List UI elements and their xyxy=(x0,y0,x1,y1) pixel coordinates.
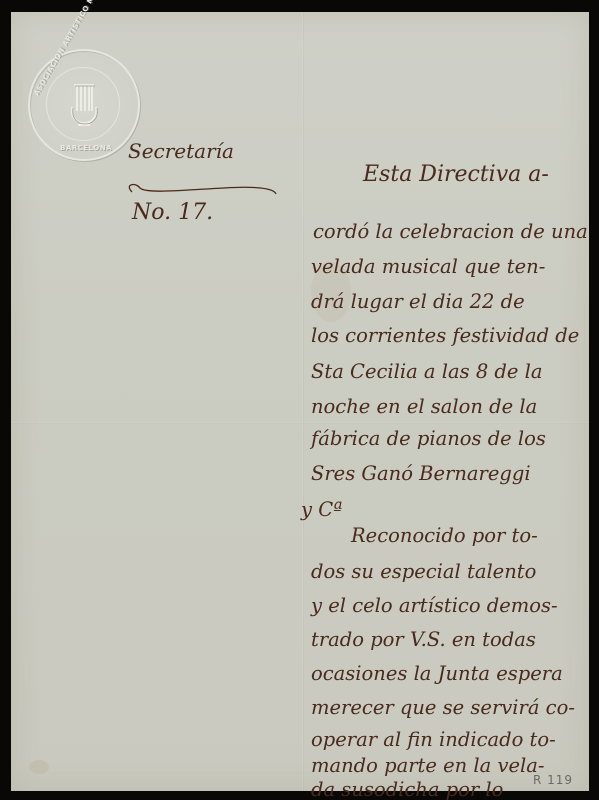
body-line: velada musical que ten- xyxy=(311,255,545,278)
body-line: los corrientes festividad de xyxy=(311,324,579,347)
body-line: Reconocido por to- xyxy=(351,524,538,547)
flourish-underline xyxy=(124,182,284,202)
letter-page: ASOCIACION ARTISTICO MUSICAL DE SOCORROS… xyxy=(11,12,589,791)
body-line: Sres Ganó Bernareggi xyxy=(311,462,531,485)
catalog-mark: R 119 xyxy=(533,773,573,787)
body-line: mando parte en la vela- xyxy=(311,754,544,777)
body-line: da susodicha por lo xyxy=(311,778,503,800)
embossed-seal: ASOCIACION ARTISTICO MUSICAL DE SOCORROS… xyxy=(28,49,140,161)
body-line: drá lugar el dia 22 de xyxy=(311,290,525,313)
body-line: operar al fin indicado to- xyxy=(311,728,556,751)
body-line: Sta Cecilia a las 8 de la xyxy=(311,360,543,383)
office-heading: Secretaría xyxy=(128,139,234,163)
body-line: noche en el salon de la xyxy=(311,395,537,418)
body-line: y el celo artístico demos- xyxy=(311,594,558,617)
letter-number: No. 17. xyxy=(132,200,213,225)
fold-line-vertical xyxy=(302,12,304,791)
body-line: y Cª xyxy=(301,498,342,521)
body-line: dos su especial talento xyxy=(311,560,536,583)
lyre-icon xyxy=(68,81,100,129)
body-line: merecer que se servirá co- xyxy=(311,696,575,719)
body-line: Esta Directiva a- xyxy=(363,162,549,187)
body-line: cordó la celebracion de una xyxy=(313,220,588,243)
body-line: trado por V.S. en todas xyxy=(311,628,536,651)
body-line: fábrica de pianos de los xyxy=(311,427,546,450)
body-line: ocasiones la Junta espera xyxy=(311,662,563,685)
seal-text-bottom: BARCELONA xyxy=(60,144,112,152)
paper-stain xyxy=(29,760,49,774)
fold-line-horizontal xyxy=(11,422,589,424)
